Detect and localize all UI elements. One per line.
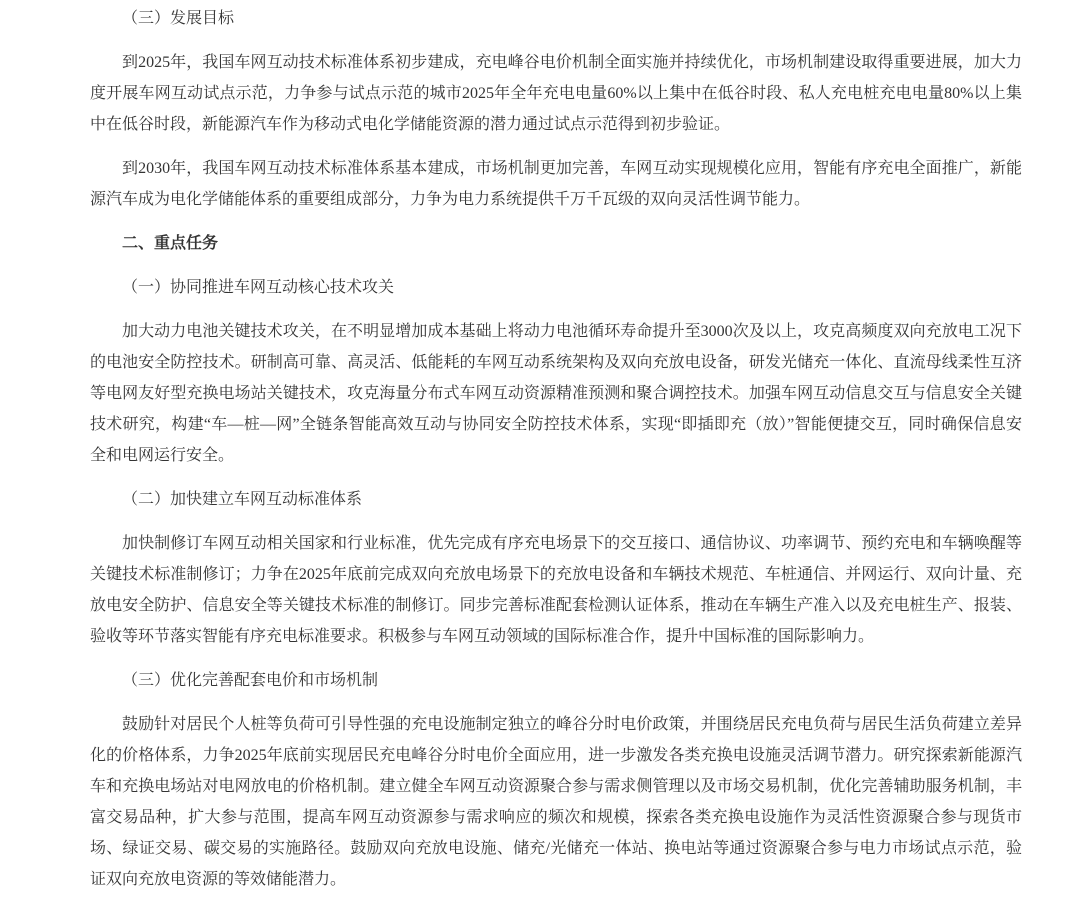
section-heading-key-tasks: 二、重点任务	[90, 228, 1022, 259]
paragraph-2030-goals: 到2030年，我国车网互动技术标准体系基本建成，市场机制更加完善，车网互动实现规…	[90, 153, 1022, 215]
paragraph-2025-goals: 到2025年，我国车网互动技术标准体系初步建成，充电峰谷电价机制全面实施并持续优…	[90, 47, 1022, 140]
paragraph-pricing-market-mechanism: 鼓励针对居民个人桩等负荷可引导性强的充电设施制定独立的峰谷分时电价政策，并围绕居…	[90, 709, 1022, 895]
subsection-heading-standards-system: （二）加快建立车网互动标准体系	[90, 484, 1022, 515]
subsection-heading-pricing-market-mechanism: （三）优化完善配套电价和市场机制	[90, 665, 1022, 696]
subsection-heading-core-technology: （一）协同推进车网互动核心技术攻关	[90, 272, 1022, 303]
subsection-heading-development-goals: （三）发展目标	[90, 3, 1022, 34]
document-body: （三）发展目标 到2025年，我国车网互动技术标准体系初步建成，充电峰谷电价机制…	[0, 0, 1078, 895]
paragraph-core-technology: 加大动力电池关键技术攻关，在不明显增加成本基础上将动力电池循环寿命提升至3000…	[90, 316, 1022, 471]
paragraph-standards-system: 加快制修订车网互动相关国家和行业标准，优先完成有序充电场景下的交互接口、通信协议…	[90, 528, 1022, 652]
